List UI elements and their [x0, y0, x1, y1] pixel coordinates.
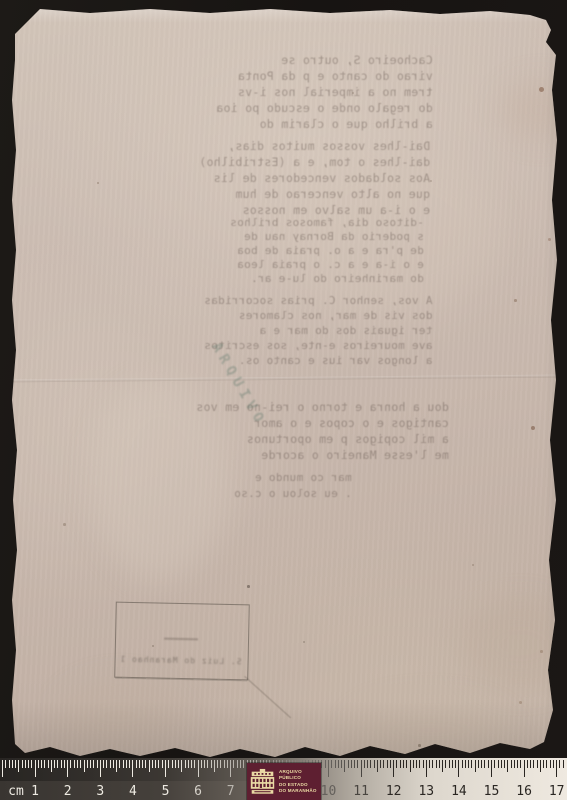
- ruler-tick: [198, 760, 199, 777]
- ruler-tick: [191, 760, 192, 768]
- ruler-tick: [178, 760, 179, 768]
- ruler-tick: [455, 760, 456, 768]
- ruler-tick: [149, 760, 150, 772]
- ruler-number: 10: [321, 784, 337, 799]
- ruler-tick: [390, 760, 391, 768]
- ruler-tick: [442, 760, 443, 772]
- ruler-tick: [2, 760, 3, 777]
- ruler-tick: [64, 760, 65, 768]
- ruler-tick: [403, 760, 404, 768]
- ruler-tick: [139, 760, 140, 768]
- ruler-tick: [341, 760, 342, 768]
- ruler-tick: [142, 760, 143, 768]
- ruler-tick: [41, 760, 42, 768]
- ruler-number: 7: [227, 784, 235, 799]
- ruler-tick: [514, 760, 515, 768]
- ruler-tick: [230, 760, 231, 777]
- ruler-tick: [12, 760, 13, 768]
- ruler-tick: [80, 760, 81, 768]
- ruler-tick: [475, 760, 476, 772]
- ruler-tick: [51, 760, 52, 772]
- ruler-tick: [207, 760, 208, 768]
- ruler-tick: [511, 760, 512, 768]
- ruler-number: 12: [386, 784, 402, 799]
- ruler-tick: [224, 760, 225, 768]
- ruler-tick: [364, 760, 365, 768]
- ruler-tick: [22, 760, 23, 768]
- ruler-tick: [155, 760, 156, 768]
- scan-stage: Cachoeiro S, outro sevirao do canto e p …: [0, 0, 567, 800]
- ruler-tick: [5, 760, 6, 768]
- ruler-tick: [400, 760, 401, 768]
- ruler-number: 6: [194, 784, 202, 799]
- ruler-tick: [211, 760, 212, 768]
- ruler-tick: [452, 760, 453, 768]
- ruler-tick: [87, 760, 88, 768]
- ruler-tick: [67, 760, 68, 777]
- ruler-tick: [449, 760, 450, 768]
- ruler-tick: [338, 760, 339, 768]
- ruler-number: 5: [162, 784, 170, 799]
- ruler-number: 14: [451, 784, 467, 799]
- ruler-tick: [488, 760, 489, 768]
- ruler-number: cm: [8, 784, 24, 799]
- badge-text: ARQUIVO PÚBLICO DO ESTADO DO MARANHÃO: [279, 769, 317, 794]
- ruler-tick: [478, 760, 479, 768]
- ruler-number: 15: [484, 784, 500, 799]
- ruler-tick: [220, 760, 221, 768]
- ruler-tick: [380, 760, 381, 768]
- ruler-tick: [100, 760, 101, 777]
- ruler-tick: [188, 760, 189, 768]
- ruler-tick: [158, 760, 159, 768]
- ruler-tick: [123, 760, 124, 768]
- badge-line: DO MARANHÃO: [279, 788, 317, 794]
- ruler-tick: [361, 760, 362, 777]
- ruler-tick: [377, 760, 378, 772]
- ruler-tick: [537, 760, 538, 768]
- ruler-tick: [162, 760, 163, 768]
- ruler-tick: [436, 760, 437, 768]
- paper-sheet: Cachoeiro S, outro sevirao do canto e p …: [0, 0, 567, 762]
- ruler-tick: [563, 760, 564, 768]
- ruler-tick: [439, 760, 440, 768]
- ruler-tick: [84, 760, 85, 772]
- ruler-tick: [387, 760, 388, 768]
- ruler-tick: [543, 760, 544, 768]
- ruler-tick: [374, 760, 375, 768]
- ruler-tick: [93, 760, 94, 768]
- ruler-tick: [370, 760, 371, 768]
- ruler-tick: [204, 760, 205, 768]
- ruler-tick: [168, 760, 169, 768]
- ruler-tick: [237, 760, 238, 768]
- ruler-tick: [129, 760, 130, 768]
- ruler-tick: [113, 760, 114, 768]
- ruler-tick: [393, 760, 394, 777]
- ruler-tick: [527, 760, 528, 768]
- ruler-tick: [344, 760, 345, 772]
- ruler-tick: [18, 760, 19, 772]
- ruler-tick: [533, 760, 534, 768]
- ruler-tick: [335, 760, 336, 768]
- ruler-tick: [354, 760, 355, 768]
- badge-building-icon: [249, 767, 276, 797]
- ruler-tick: [328, 760, 329, 777]
- ruler-tick: [325, 760, 326, 768]
- ruler-tick: [145, 760, 146, 768]
- paper-edge-shading: [0, 0, 567, 762]
- ruler-tick: [201, 760, 202, 768]
- ruler-tick: [9, 760, 10, 768]
- ruler-tick: [97, 760, 98, 768]
- ruler-tick: [77, 760, 78, 768]
- ruler-tick: [416, 760, 417, 768]
- ruler-tick: [103, 760, 104, 768]
- ruler-tick: [351, 760, 352, 768]
- ruler-tick: [54, 760, 55, 768]
- ruler-tick: [61, 760, 62, 768]
- ruler-tick: [406, 760, 407, 768]
- archive-badge: ARQUIVO PÚBLICO DO ESTADO DO MARANHÃO: [247, 763, 321, 800]
- ruler-tick: [383, 760, 384, 768]
- ruler-tick: [15, 760, 16, 768]
- ruler-tick: [465, 760, 466, 768]
- ruler-tick: [498, 760, 499, 768]
- ruler-tick: [175, 760, 176, 768]
- ruler-tick: [429, 760, 430, 768]
- ruler-number: 3: [96, 784, 104, 799]
- ruler-tick: [90, 760, 91, 768]
- ruler-tick: [136, 760, 137, 768]
- ruler-tick: [132, 760, 133, 777]
- ruler-tick: [410, 760, 411, 772]
- ruler-tick: [217, 760, 218, 768]
- ruler-tick: [348, 760, 349, 768]
- ruler-tick: [57, 760, 58, 768]
- ruler-number: 17: [549, 784, 565, 799]
- ruler-tick: [468, 760, 469, 768]
- ruler-tick: [419, 760, 420, 768]
- ruler-tick: [194, 760, 195, 768]
- ruler-tick: [550, 760, 551, 768]
- ruler-number: 2: [64, 784, 72, 799]
- ruler-tick: [48, 760, 49, 768]
- ruler-tick: [185, 760, 186, 768]
- ruler-number: 13: [418, 784, 434, 799]
- ruler-number: 4: [129, 784, 137, 799]
- ruler-tick: [152, 760, 153, 768]
- ruler-tick: [172, 760, 173, 768]
- ruler-tick: [44, 760, 45, 768]
- ruler-tick: [553, 760, 554, 768]
- ruler-tick: [31, 760, 32, 768]
- ruler-tick: [426, 760, 427, 777]
- ruler-tick: [501, 760, 502, 768]
- ruler-tick: [28, 760, 29, 768]
- ruler-tick: [35, 760, 36, 777]
- ruler-tick: [484, 760, 485, 768]
- ruler-tick: [357, 760, 358, 768]
- ruler-tick: [530, 760, 531, 768]
- ruler-tick: [481, 760, 482, 768]
- ruler-tick: [517, 760, 518, 768]
- ruler-tick: [214, 760, 215, 772]
- ruler-tick: [321, 760, 322, 768]
- ruler-tick: [70, 760, 71, 768]
- ruler-tick: [74, 760, 75, 768]
- ruler-tick: [240, 760, 241, 768]
- ruler-tick: [181, 760, 182, 772]
- ruler-tick: [116, 760, 117, 772]
- ruler-tick: [524, 760, 525, 777]
- ruler-tick: [25, 760, 26, 768]
- ruler-tick: [494, 760, 495, 768]
- ruler-tick: [423, 760, 424, 768]
- ruler-tick: [110, 760, 111, 768]
- ruler-tick: [38, 760, 39, 768]
- ruler-tick: [559, 760, 560, 768]
- ruler-tick: [471, 760, 472, 768]
- ruler-tick: [445, 760, 446, 768]
- ruler-tick: [119, 760, 120, 768]
- ruler-tick: [520, 760, 521, 768]
- ruler-tick: [396, 760, 397, 768]
- ruler-tick: [540, 760, 541, 772]
- ruler-number: 11: [353, 784, 369, 799]
- ruler-tick: [106, 760, 107, 768]
- ruler-tick: [367, 760, 368, 768]
- ruler-tick: [556, 760, 557, 777]
- ruler-tick: [233, 760, 234, 768]
- ruler-number: 1: [31, 784, 39, 799]
- ruler-tick: [165, 760, 166, 777]
- ruler-tick: [227, 760, 228, 768]
- ruler-tick: [546, 760, 547, 768]
- ruler-tick: [432, 760, 433, 768]
- ruler-tick: [458, 760, 459, 777]
- ruler-tick: [507, 760, 508, 772]
- ruler: cm12345671011121314151617: [0, 758, 567, 800]
- ruler-tick: [331, 760, 332, 768]
- ruler-tick: [126, 760, 127, 768]
- ruler-tick: [413, 760, 414, 768]
- ruler-tick: [462, 760, 463, 768]
- ruler-tick: [243, 760, 244, 768]
- ruler-tick: [504, 760, 505, 768]
- ruler-tick: [491, 760, 492, 777]
- ruler-number: 16: [516, 784, 532, 799]
